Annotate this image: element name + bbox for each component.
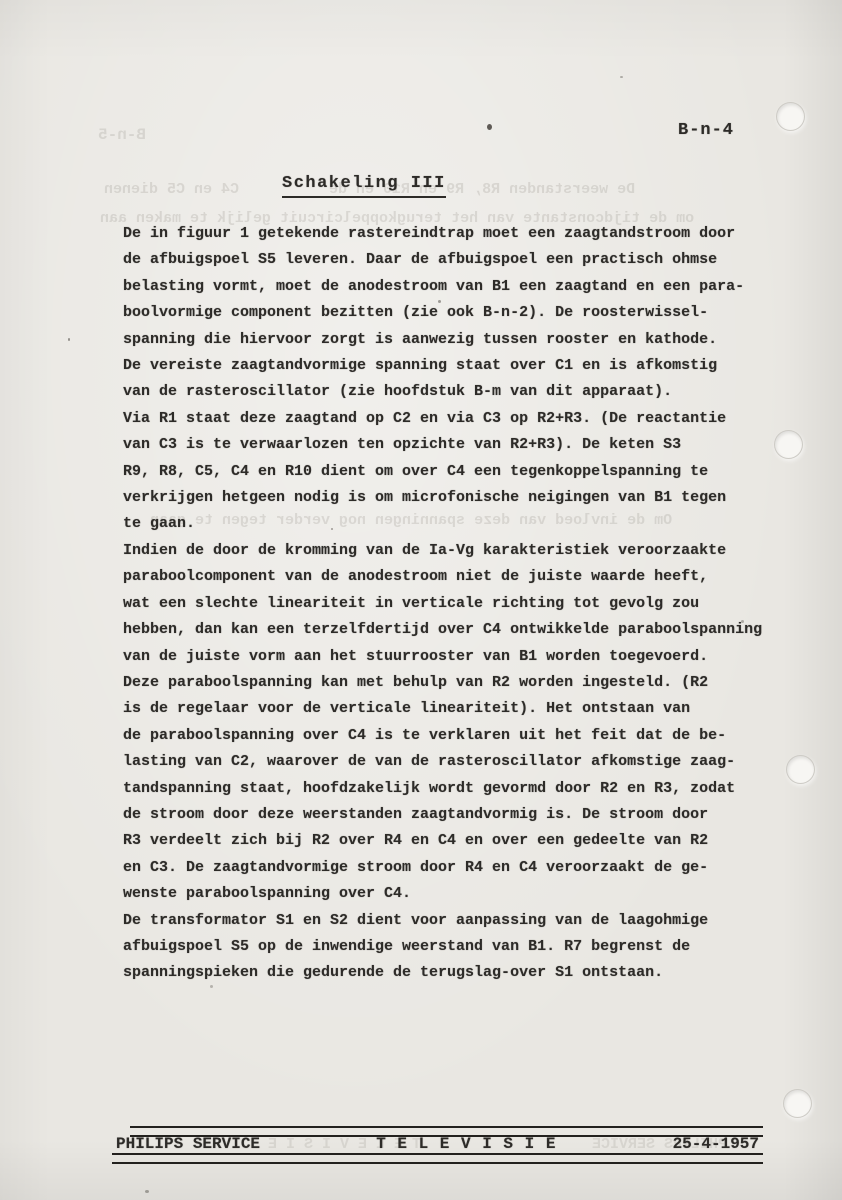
punch-hole: [786, 755, 815, 784]
footer-section-title: T E L E V I S I E: [376, 1135, 556, 1153]
paper-speck: [145, 1190, 149, 1193]
body-line: lasting van C2, waarover de van de raste…: [123, 749, 803, 775]
body-line: wat een slechte lineariteit in verticale…: [123, 591, 803, 617]
body-line: van de juiste vorm aan het stuurrooster …: [123, 644, 803, 670]
bleedthrough-page-ref: B-n-5: [98, 126, 146, 144]
body-line: R3 verdeelt zich bij R2 over R4 en C4 en…: [123, 828, 803, 854]
body-line: van C3 is te verwaarlozen ten opzichte v…: [123, 432, 803, 458]
paper-speck: [741, 620, 744, 623]
body-line: boolvormige component bezitten (zie ook …: [123, 300, 803, 326]
scanned-document-page: B-n-5 De weerstanden R8, R9 en R10 en de…: [0, 0, 842, 1200]
body-text: De in figuur 1 getekende rastereindtrap …: [123, 221, 803, 987]
paper-speck: [438, 300, 441, 303]
body-line: De in figuur 1 getekende rastereindtrap …: [123, 221, 803, 247]
punch-hole: [774, 430, 803, 459]
body-line: verkrijgen hetgeen nodig is om microfoni…: [123, 485, 803, 511]
body-line: belasting vormt, moet de anodestroom van…: [123, 274, 803, 300]
footer: PHILIPS SERVICE T E L E V I S I E 25-4-1…: [112, 1126, 763, 1162]
section-heading: Schakeling III: [282, 174, 446, 198]
paper-speck: [487, 124, 492, 130]
body-line: en C3. De zaagtandvormige stroom door R4…: [123, 855, 803, 881]
paper-speck: [68, 338, 70, 341]
body-line: Deze paraboolspanning kan met behulp van…: [123, 670, 803, 696]
footer-brand: PHILIPS SERVICE: [116, 1135, 260, 1153]
body-line: De vereiste zaagtandvormige spanning sta…: [123, 353, 803, 379]
punch-hole: [783, 1089, 812, 1118]
body-line: tandspanning staat, hoofdzakelijk wordt …: [123, 776, 803, 802]
body-line: Via R1 staat deze zaagtand op C2 en via …: [123, 406, 803, 432]
body-line: de paraboolspanning over C4 is te verkla…: [123, 723, 803, 749]
footer-bottom-rule: [112, 1153, 763, 1164]
paper-speck: [210, 985, 213, 988]
body-line: R9, R8, C5, C4 en R10 dient om over C4 e…: [123, 459, 803, 485]
body-line: te gaan.: [123, 511, 803, 537]
body-line: afbuigspoel S5 op de inwendige weerstand…: [123, 934, 803, 960]
body-line: wenste paraboolspanning over C4.: [123, 881, 803, 907]
body-line: De transformator S1 en S2 dient voor aan…: [123, 908, 803, 934]
punch-hole: [776, 102, 805, 131]
body-line: is de regelaar voor de verticale lineari…: [123, 696, 803, 722]
footer-date: 25-4-1957: [673, 1135, 759, 1153]
body-line: paraboolcomponent van de anodestroom nie…: [123, 564, 803, 590]
body-line: de stroom door deze weerstanden zaagtand…: [123, 802, 803, 828]
footer-row: PHILIPS SERVICE T E L E V I S I E 25-4-1…: [112, 1135, 763, 1153]
body-line: spanningspieken die gedurende de terugsl…: [123, 960, 803, 986]
body-line: Indien de door de kromming van de Ia-Vg …: [123, 538, 803, 564]
paper-speck: [620, 76, 623, 78]
page-reference: B-n-4: [678, 121, 734, 140]
body-line: van de rasteroscillator (zie hoofdstuk B…: [123, 379, 803, 405]
body-line: hebben, dan kan een terzelfdertijd over …: [123, 617, 803, 643]
paper-speck: [331, 528, 333, 530]
body-line: de afbuigspoel S5 leveren. Daar de afbui…: [123, 247, 803, 273]
body-line: spanning die hiervoor zorgt is aanwezig …: [123, 327, 803, 353]
